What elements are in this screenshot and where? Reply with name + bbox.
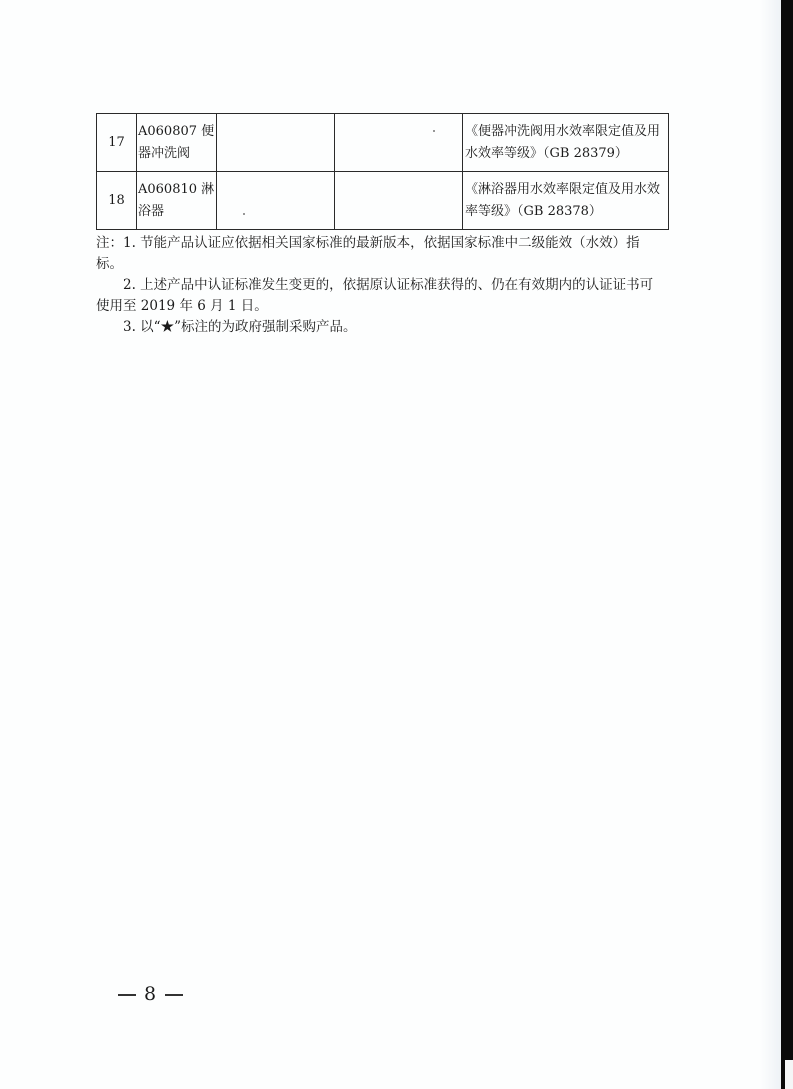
table-row: 18 A060810 淋浴器 《淋浴器用水效率限定值及用水效率等级》（GB 28… — [97, 172, 669, 230]
dash-right — [165, 994, 183, 996]
table-row: 17 A060807 便器冲洗阀 《便器冲洗阀用水效率限定值及用水效率等级》（G… — [97, 114, 669, 172]
certification-standard: 《淋浴器用水效率限定值及用水效率等级》（GB 28378） — [463, 172, 669, 230]
page-number: 8 — [144, 983, 157, 1005]
empty-cell — [217, 114, 335, 172]
empty-cell — [335, 172, 463, 230]
page-footer: 8 — [110, 983, 191, 1005]
note-3: 3. 以“★”标注的为政府强制采购产品。 — [96, 317, 666, 338]
product-code-name: A060810 淋浴器 — [137, 172, 217, 230]
empty-cell — [335, 114, 463, 172]
product-standards-table: 17 A060807 便器冲洗阀 《便器冲洗阀用水效率限定值及用水效率等级》（G… — [96, 113, 669, 230]
scan-edge-notch — [785, 1060, 793, 1089]
scan-shadow — [760, 0, 781, 1089]
notes-section: 注：1. 节能产品认证应依据相关国家标准的最新版本，依据国家标准中二级能效（水效… — [96, 233, 666, 338]
scan-speck — [243, 213, 245, 215]
row-number: 17 — [97, 114, 137, 172]
note-2: 2. 上述产品中认证标准发生变更的，依据原认证标准获得的、仍在有效期内的认证证书… — [96, 275, 666, 317]
certification-standard: 《便器冲洗阀用水效率限定值及用水效率等级》（GB 28379） — [463, 114, 669, 172]
note-1: 注：1. 节能产品认证应依据相关国家标准的最新版本，依据国家标准中二级能效（水效… — [96, 233, 666, 275]
scan-speck — [433, 130, 435, 132]
product-code-name: A060807 便器冲洗阀 — [137, 114, 217, 172]
row-number: 18 — [97, 172, 137, 230]
empty-cell — [217, 172, 335, 230]
dash-left — [118, 994, 136, 996]
scan-edge-bar — [781, 0, 793, 1089]
